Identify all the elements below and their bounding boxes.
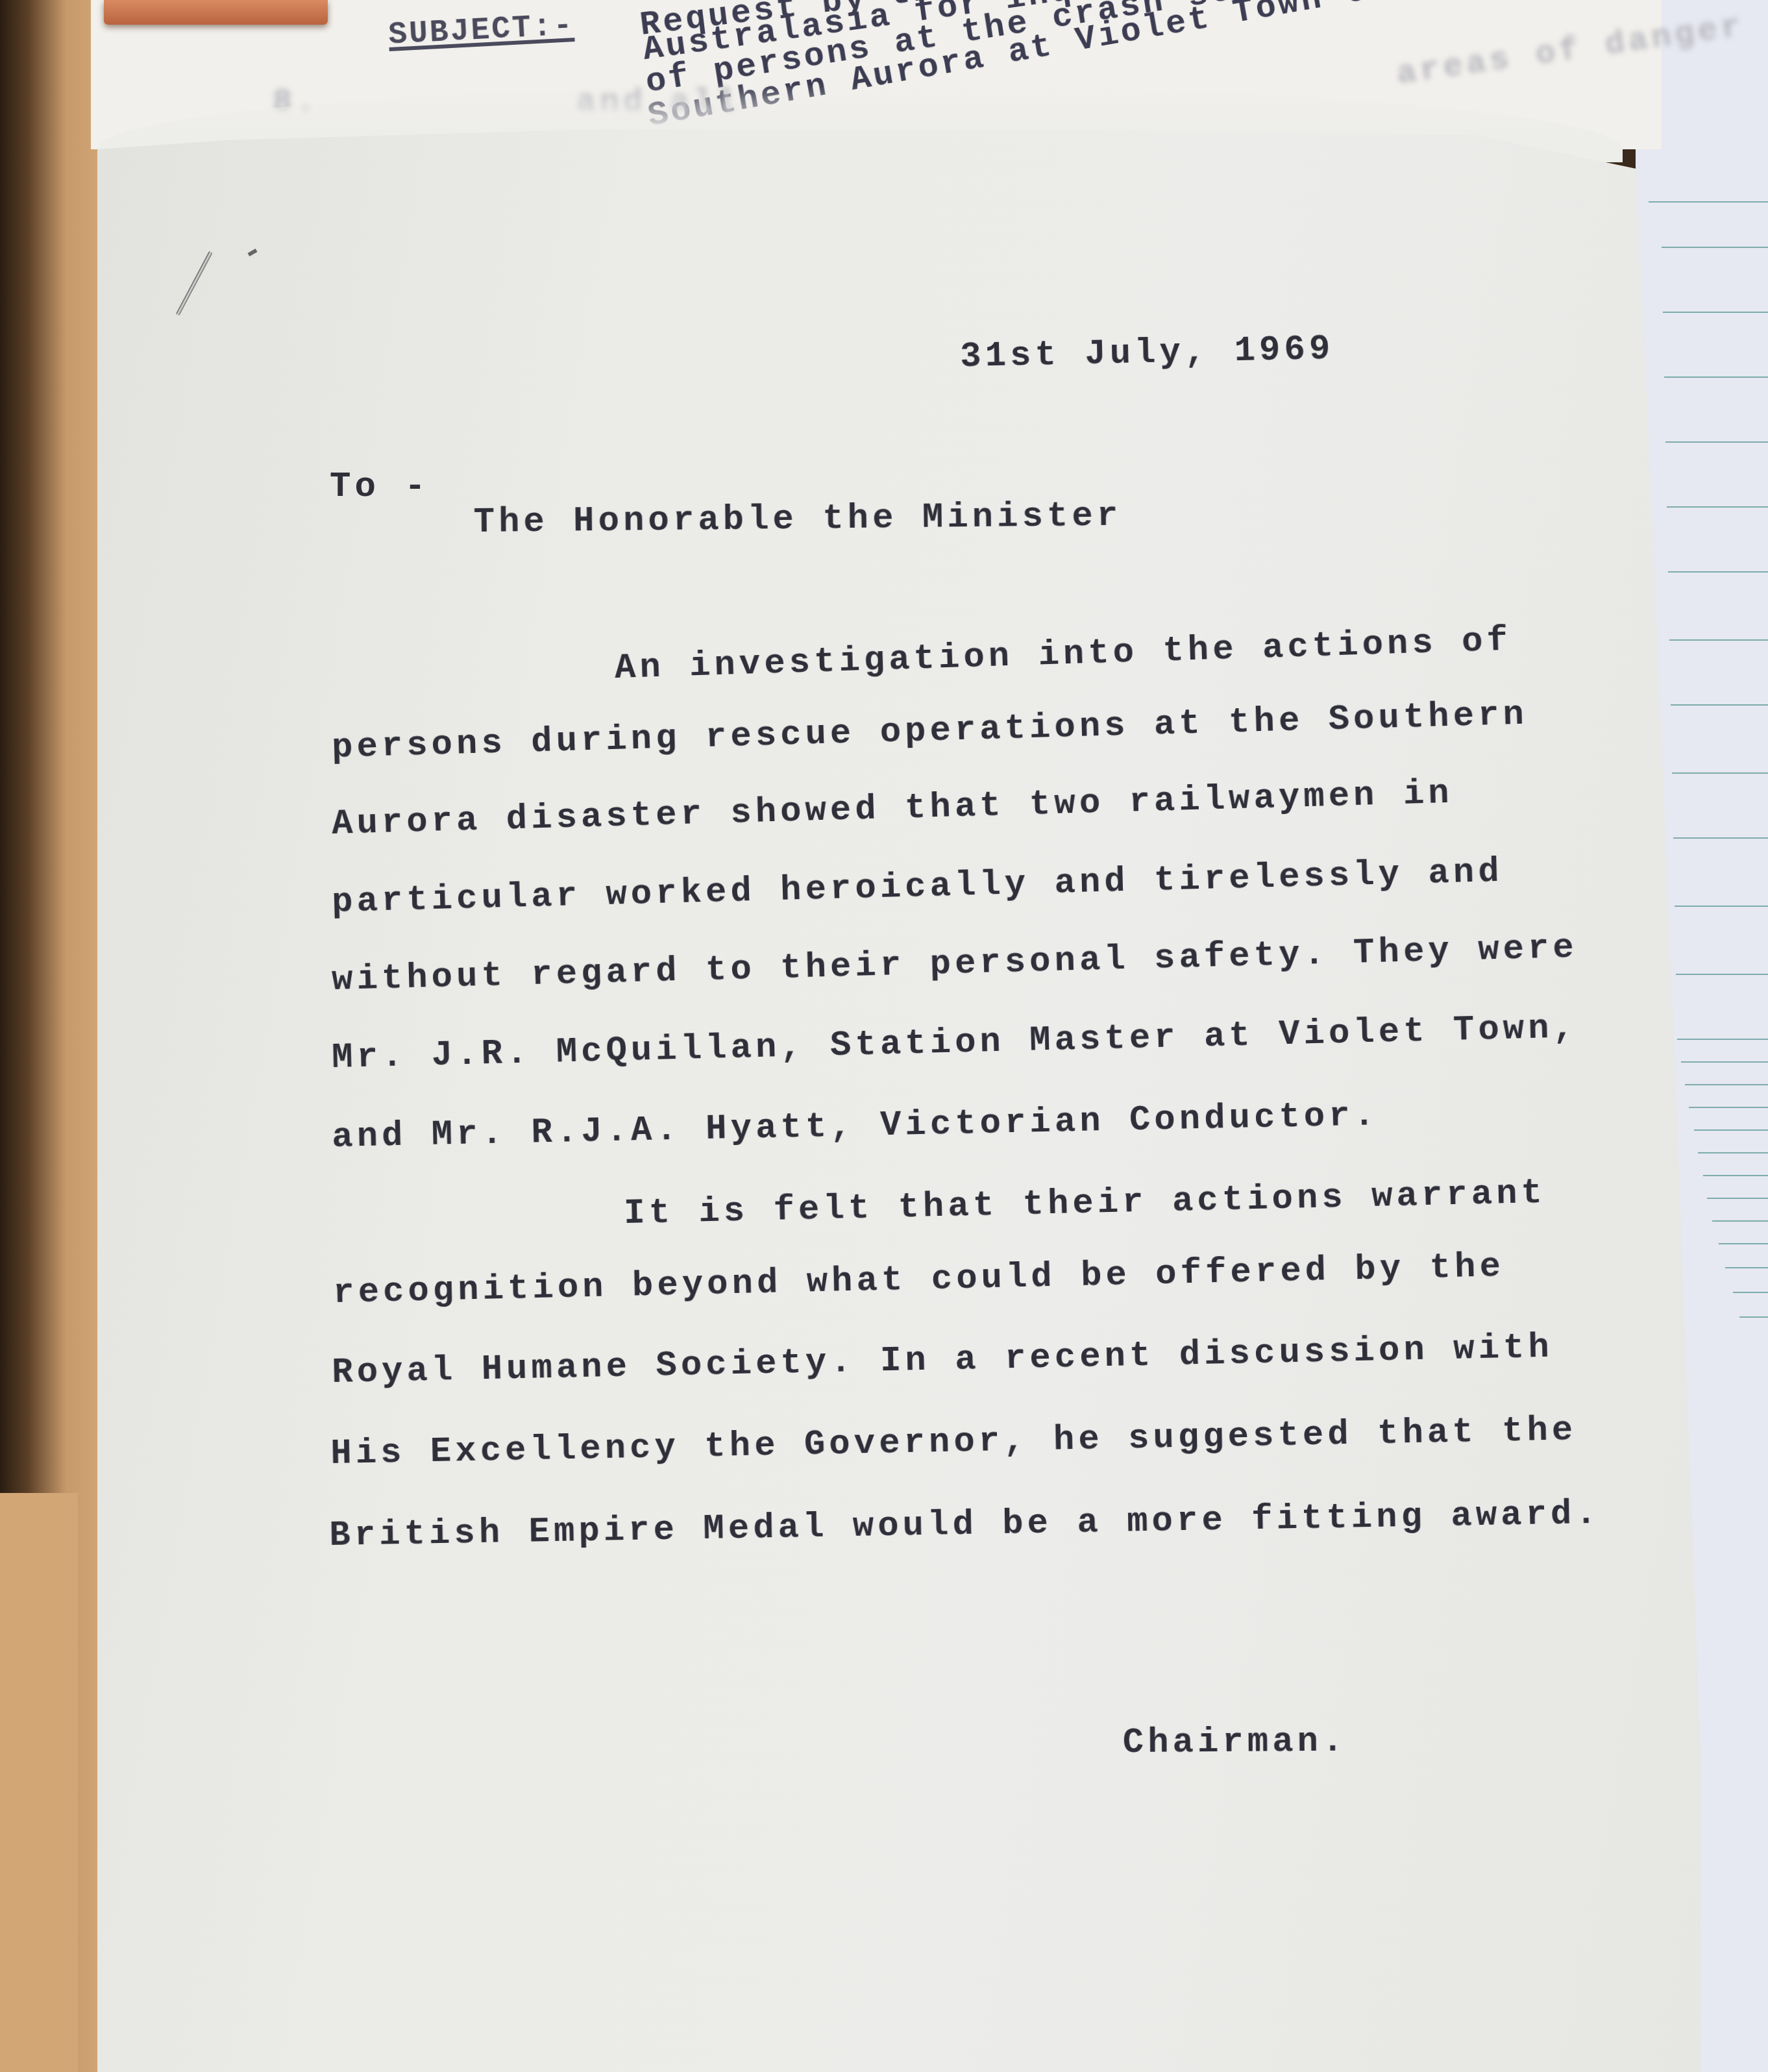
letter-date: 31st July, 1969 <box>960 330 1334 377</box>
signature-title: Chairman. <box>1123 1722 1347 1763</box>
ruled-line <box>1664 376 1768 378</box>
ruled-line <box>1694 1129 1768 1131</box>
ruled-line <box>1698 1152 1768 1153</box>
ruled-line <box>1677 1039 1768 1040</box>
ruled-line <box>1669 639 1768 641</box>
ruled-line <box>1707 1198 1768 1199</box>
ruled-line <box>1668 571 1768 573</box>
ruled-line <box>1665 441 1768 443</box>
addressee: The Honorable the Minister <box>473 497 1122 543</box>
to-label: To - <box>330 467 430 507</box>
ruled-line <box>1649 201 1768 203</box>
ruled-line <box>1689 1107 1768 1108</box>
ruled-line <box>1667 506 1768 508</box>
letter-sheet <box>97 130 1700 2072</box>
ruled-line <box>1712 1220 1768 1222</box>
ruled-line <box>1672 772 1768 774</box>
folder-edge-lower <box>0 1493 78 2072</box>
ruled-line <box>1663 312 1768 313</box>
ruled-line <box>1739 1316 1768 1318</box>
ruled-line <box>1681 1061 1768 1063</box>
ruled-line <box>1685 1084 1768 1085</box>
ruled-line <box>1733 1292 1768 1293</box>
ruled-line <box>1671 704 1768 706</box>
ruled-line <box>1675 906 1768 907</box>
ruled-line <box>1703 1175 1768 1176</box>
folder-tab <box>104 0 328 25</box>
ruled-line <box>1719 1243 1768 1244</box>
ruled-line <box>1725 1267 1768 1268</box>
ruled-line <box>1673 837 1768 839</box>
ruled-line <box>1676 974 1768 975</box>
ruled-line <box>1662 247 1768 248</box>
